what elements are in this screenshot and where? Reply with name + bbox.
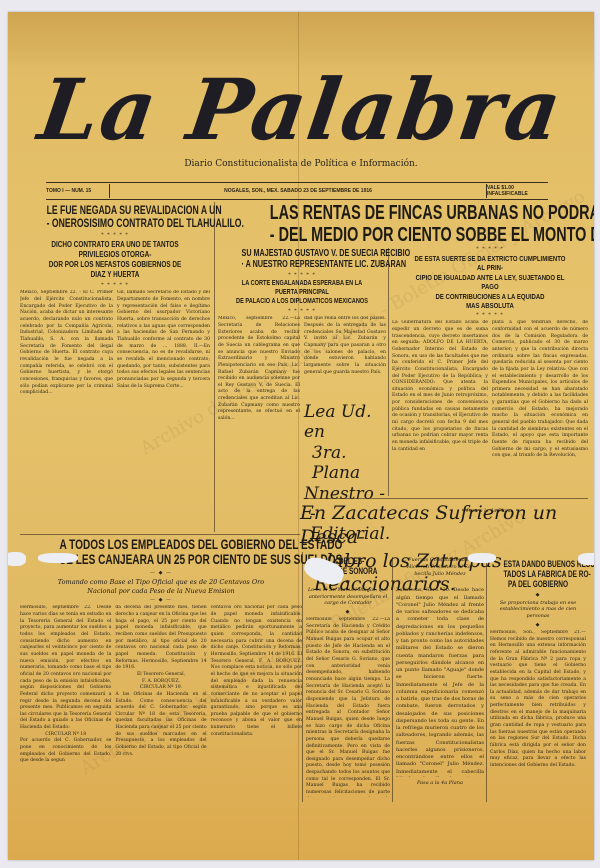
subheadline-line: DE CONTRIBUCIONES A LA EQUIDAD [412, 292, 569, 301]
article-equidad: * * * * * DE ESTA SUERTE SE DA EXTRICTO … [392, 244, 588, 514]
ornament: * * * * * [392, 246, 588, 252]
torn-hole [8, 552, 26, 566]
promo-line: 3ra. Plana [304, 443, 388, 484]
ornament: * * * * * [20, 232, 210, 238]
circular-title: CIRCULAR Nº 19. [115, 685, 206, 692]
subheadline-line: DOR POR LOS NEFASTOS GOBIERNOS DE [39, 260, 191, 270]
column-divider [486, 557, 487, 802]
ornament: ◆ [490, 592, 586, 598]
ornament: ◆ [396, 579, 484, 585]
divider [46, 199, 548, 200]
article-body: Gil, llamado Secretario de Estado y del … [117, 290, 210, 540]
column-divider [392, 557, 393, 802]
ornament: * * * * * [218, 308, 386, 314]
article-body: A las Oficinas de Hacienda en el Estado.… [115, 692, 206, 759]
ornament: * * * * * [392, 312, 588, 318]
ornament: * * * * * [20, 282, 210, 288]
ornament: — ◆ — [20, 597, 302, 603]
subheadline-line: DICHO CONTRATO ERA UNO DE TANTOS PRIVILE… [39, 240, 191, 260]
promo-line: Nnestro - [304, 484, 388, 504]
subheadline-line: LA CORTE ENGALANADA ESPERABA EN LA PUERT… [235, 280, 369, 298]
headline-line: - ONEROSISIMO CONTRATO DEL TLAHUALILO. [47, 217, 184, 230]
headline-line: SE LES CANJEARA UN 25 POR CIENTO DE SUS … [59, 552, 262, 567]
article-contador: ... DEL ES- TADO DE SONORA ◆ Lo es el Sr… [306, 557, 390, 797]
ornament: ◆ [490, 622, 586, 628]
article-zacatecas: ... Fuerzas Constitucionalistas Hicieron… [396, 557, 484, 786]
article-rentas: LAS RENTAS DE FINCAS URBANAS NO PODRAN E… [218, 202, 588, 246]
article-body: Por acuerdo del C. Gobernador, se pone e… [20, 738, 111, 765]
torn-hole [468, 553, 496, 563]
promo-line: Lea Ud. en [304, 402, 388, 443]
masthead-tagline: Diario Constitucionalista de Política e … [8, 159, 594, 169]
headline-line: SU MAJESTAD GUSTAVO V. DE SUECIA RECIBIO [242, 248, 363, 259]
article-body: La Gubernatura del Estado acaba de exped… [392, 320, 488, 505]
continued-note: Pasa a la 4a Plana [396, 780, 484, 786]
subheadline-line: Nacional por cada Peso de la Nueva Emisi… [20, 587, 302, 596]
subheadline-line: DE PALACIO A LOS DIPLOMATICOS MEXICANOS [235, 298, 369, 307]
article-body: Zacatecas, Sbre. 20. Desde hace algún ti… [396, 587, 484, 777]
headline-line: LAS RENTAS DE FINCAS URBANAS NO PODRAN E… [270, 202, 536, 224]
subheadline-line: becilla Julio Méndez [396, 571, 484, 578]
subheadline-line: Tomando como Base el Tipo Oficial que es… [20, 578, 302, 587]
article-body: Hermosillo septiembre 22.—La Secretaría … [306, 617, 390, 797]
headline-line: En Zacatecas Sufrieron un Desca- [300, 502, 590, 550]
subheadline-line: DIAZ Y HUERTA [39, 270, 191, 280]
article-body: plata a que tendrían derecho, de conform… [492, 320, 588, 505]
article-tlahualilo: LE FUE NEGADA SU REVALIDACION A UN - ONE… [20, 204, 210, 540]
divider [304, 498, 588, 499]
column-divider [388, 248, 389, 496]
place-date: NOGALES, SON., MEX. SABADO 23 DE SEPTIEM… [110, 188, 486, 194]
article-suecia: SU MAJESTAD GUSTAVO V. DE SUECIA RECIBIO… [218, 248, 386, 424]
article-body: México, septiembre 22.—La Secretaría de … [218, 316, 300, 424]
article-body: centavos oro nacional por cada peso de p… [211, 605, 302, 738]
signature-title: El Tesorero General, [115, 672, 206, 679]
article-fabrica: ESTA DANDO BUENOS RESUL- TADOS LA FABRIC… [490, 560, 586, 820]
torn-hole [38, 553, 78, 563]
headline-line: - DEL MEDIO POR CIENTO SOBBE EL MONTO DE… [270, 224, 536, 246]
article-empleados: A TODOS LOS EMPLEADOS DEL GOBIERNO DEL E… [20, 537, 302, 823]
divider [20, 534, 300, 535]
subheadline-line: CIPIO DE IGUALDAD ANTE LA LEY, SUJETANDO… [412, 273, 569, 292]
article-body: Hermosillo, septiembre 22. Desde hace va… [20, 605, 111, 731]
article-body: México, Septiembre 22. - El C. Primer Je… [20, 290, 113, 540]
headline-line: · A NUESTRO REPRESENTANTE LIC. ZUBARAN [242, 259, 363, 270]
price: VALE $1.00 INFALSIFICABLE [486, 184, 548, 198]
article-body: da decena del presente mes, tienen derec… [115, 605, 206, 672]
subheadline-line: Hicieron Prisionero al Ca- [396, 564, 484, 571]
torn-hole [578, 553, 594, 565]
divider [46, 182, 548, 183]
newspaper-page: Archivo del Estado de Sonora - Boletín O… [8, 12, 594, 860]
subheadline-line: Lo es el Sr. Manuel Buigas, que anterior… [306, 587, 390, 607]
column-divider [214, 202, 215, 532]
subheadline-line: MAS ABSOLUTA [412, 301, 569, 310]
volume-number: TOMO I — NUM. 15 [46, 184, 110, 198]
headline-line: A TODOS LOS EMPLEADOS DEL GOBIERNO DEL E… [59, 537, 262, 552]
ornament: ◆ [306, 609, 390, 615]
article-body: Hermosillo, Son., Septiembre 21.—Hemos r… [490, 630, 586, 820]
subheadline-line: Se proporciona trabajo en ese establecim… [490, 600, 586, 620]
dateline-bar: TOMO I — NUM. 15 NOGALES, SON., MEX. SAB… [46, 184, 548, 198]
subheadline-line: DE ESTA SUERTE SE DA EXTRICTO CUMPLIMIEN… [412, 254, 569, 273]
ornament: — ◆ — [20, 570, 302, 576]
headline-line: PA DEL GOBIERNO [503, 580, 572, 590]
ornament: * * * * * [218, 272, 386, 278]
column-divider [302, 552, 303, 802]
masthead-title: La Palabra [8, 60, 594, 159]
